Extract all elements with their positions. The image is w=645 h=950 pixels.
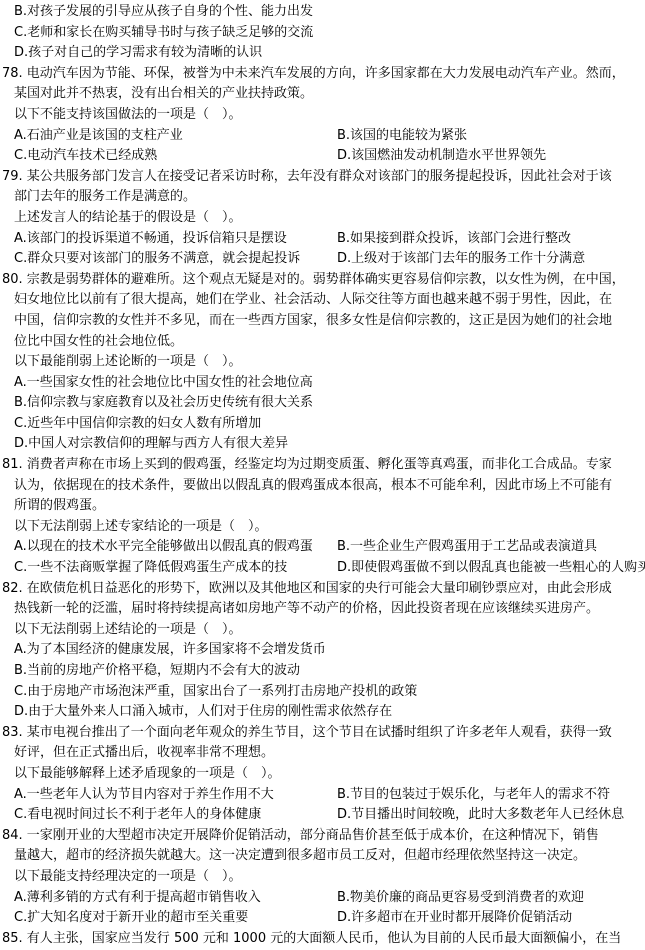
option-pair-line: A.以现在的技术水平完全能够做出以假乱真的假鸡蛋B.一些企业生产假鸡蛋用于工艺品… xyxy=(0,537,645,558)
option-text: D.即使假鸡蛋做不到以假乱真也能被一些粗心的人购买 xyxy=(337,558,645,579)
option-text: D.该国燃油发动机制造水平世界领先 xyxy=(337,146,546,167)
option-text: A.薄利多销的方式有利于提高超市销售收入 xyxy=(14,888,331,909)
option-pair-line: A.该部门的投诉渠道不畅通，投诉信箱只是摆设B.如果接到群众投诉，该部门会进行整… xyxy=(0,229,645,250)
option-text: C.电动汽车技术已经成熟 xyxy=(14,146,331,167)
option-text: D.节目播出时间较晚，此时大多数老年人已经休息 xyxy=(337,805,624,826)
prompt-line: 上述发言人的结论基于的假设是（ ）。 xyxy=(0,208,645,229)
prompt-line: 以下不能支持该国做法的一项是（ ）。 xyxy=(0,105,645,126)
option-text: A.该部门的投诉渠道不畅通，投诉信箱只是摆设 xyxy=(14,229,331,250)
option-line: B.当前的房地产价格平稳，短期内不会有大的波动 xyxy=(0,661,645,682)
option-text: B.一些企业生产假鸡蛋用于工艺品或表演道具 xyxy=(337,537,597,558)
option-line: C.近些年中国信仰宗教的妇女人数有所增加 xyxy=(0,414,645,435)
option-line: B.对孩子发展的引导应从孩子自身的个性、能力出发 xyxy=(0,2,645,23)
option-text: B.节目的包装过于娱乐化，与老年人的需求不符 xyxy=(337,785,610,806)
body-line: 中国，信仰宗教的女性并不多见，而在一些西方国家，很多女性是信仰宗教的，这正是因为… xyxy=(0,311,645,332)
option-pair-line: C.一些不法商贩掌握了降低假鸡蛋生产成本的技D.即使假鸡蛋做不到以假乱真也能被一… xyxy=(0,558,645,579)
option-text: D.许多超市在开业时都开展降价促销活动 xyxy=(337,908,572,929)
option-text: C.扩大知名度对于新开业的超市至关重要 xyxy=(14,908,331,929)
prompt-line: 以下无法削弱上述结论的一项是（ ）。 xyxy=(0,620,645,641)
body-line: 部门去年的服务工作是满意的。 xyxy=(0,187,645,208)
option-pair-line: C.看电视时间过长不利于老年人的身体健康D.节目播出时间较晚，此时大多数老年人已… xyxy=(0,805,645,826)
body-line: 量越大，超市的经济损失就越大。这一决定遭到很多超市员工反对，但超市经理依然坚持这… xyxy=(0,846,645,867)
option-line: A.为了本国经济的健康发展，许多国家将不会增发货币 xyxy=(0,640,645,661)
option-text: B.该国的电能较为紧张 xyxy=(337,126,467,147)
question-line: 82. 在欧债危机日益恶化的形势下，欧洲以及其他地区和国家的央行可能会大量印刷钞… xyxy=(0,579,645,600)
option-text: C.一些不法商贩掌握了降低假鸡蛋生产成本的技 xyxy=(14,558,331,579)
body-line: 热钱新一轮的泛滥，届时将持续提高诸如房地产等不动产的价格，因此投资者现在应该继续… xyxy=(0,599,645,620)
body-line: 好评，但在正式播出后，收视率非常不理想。 xyxy=(0,743,645,764)
option-text: A.一些老年人认为节目内容对于养生作用不大 xyxy=(14,785,331,806)
question-line: 81. 消费者声称在市场上买到的假鸡蛋，经鉴定均为过期变质蛋、孵化蛋等真鸡蛋，而… xyxy=(0,455,645,476)
option-pair-line: C.扩大知名度对于新开业的超市至关重要D.许多超市在开业时都开展降价促销活动 xyxy=(0,908,645,929)
question-line: 80. 宗教是弱势群体的避难所。这个观点无疑是对的。弱势群体确实更容易信仰宗教，… xyxy=(0,270,645,291)
question-line: 78. 电动汽车因为节能、环保，被誉为中未来汽车发展的方向，许多国家都在大力发展… xyxy=(0,64,645,85)
exam-page: B.对孩子发展的引导应从孩子自身的个性、能力出发C.老师和家长在购买辅导书时与孩… xyxy=(0,0,645,950)
prompt-line: 以下最能支持经理决定的一项是（ ）。 xyxy=(0,867,645,888)
option-text: A.石油产业是该国的支柱产业 xyxy=(14,126,331,147)
body-line: 某国对此并不热衷，没有出台相关的产业扶持政策。 xyxy=(0,84,645,105)
option-pair-line: A.石油产业是该国的支柱产业B.该国的电能较为紧张 xyxy=(0,126,645,147)
body-line: 妇女地位比以前有了很大提高，她们在学业、社会活动、人际交往等方面也越来越不弱于男… xyxy=(0,290,645,311)
option-pair-line: A.一些老年人认为节目内容对于养生作用不大B.节目的包装过于娱乐化，与老年人的需… xyxy=(0,785,645,806)
option-text: C.看电视时间过长不利于老年人的身体健康 xyxy=(14,805,331,826)
option-text: B.如果接到群众投诉，该部门会进行整改 xyxy=(337,229,571,250)
prompt-line: 以下最能够解释上述矛盾现象的一项是（ ）。 xyxy=(0,764,645,785)
prompt-line: 以下最能削弱上述论断的一项是（ ）。 xyxy=(0,352,645,373)
body-line: 认为，依据现在的技术条件，要做出以假乱真的假鸡蛋成本很高，根本不可能牟利，因此市… xyxy=(0,476,645,497)
option-pair-line: C.电动汽车技术已经成熟D.该国燃油发动机制造水平世界领先 xyxy=(0,146,645,167)
option-pair-line: A.薄利多销的方式有利于提高超市销售收入B.物美价廉的商品更容易受到消费者的欢迎 xyxy=(0,888,645,909)
option-line: A.一些国家女性的社会地位比中国女性的社会地位高 xyxy=(0,373,645,394)
option-text: B.物美价廉的商品更容易受到消费者的欢迎 xyxy=(337,888,584,909)
question-line: 84. 一家刚开业的大型超市决定开展降价促销活动，部分商品售价甚至低于成本价，在… xyxy=(0,826,645,847)
option-line: D.中国人对宗教信仰的理解与西方人有很大差异 xyxy=(0,434,645,455)
option-text: C.群众只要对该部门的服务不满意，就会提起投诉 xyxy=(14,249,331,270)
option-line: B.信仰宗教与家庭教育以及社会历史传统有很大关系 xyxy=(0,393,645,414)
option-pair-line: C.群众只要对该部门的服务不满意，就会提起投诉D.上级对于该部门去年的服务工作十… xyxy=(0,249,645,270)
body-line: 位比中国女性的社会地位低。 xyxy=(0,332,645,353)
question-line: 79. 某公共服务部门发言人在接受记者采访时称，去年没有群众对该部门的服务提起投… xyxy=(0,167,645,188)
option-text: A.以现在的技术水平完全能够做出以假乱真的假鸡蛋 xyxy=(14,537,331,558)
option-line: D.孩子对自己的学习需求有较为清晰的认识 xyxy=(0,43,645,64)
document-body: B.对孩子发展的引导应从孩子自身的个性、能力出发C.老师和家长在购买辅导书时与孩… xyxy=(0,2,645,949)
question-line: 85. 有人主张，国家应当发行 500 元和 1000 元的大面额人民币，他认为… xyxy=(0,929,645,950)
option-line: D.由于大量外来人口涌入城市，人们对于住房的刚性需求依然存在 xyxy=(0,702,645,723)
option-line: C.老师和家长在购买辅导书时与孩子缺乏足够的交流 xyxy=(0,23,645,44)
option-line: C.由于房地产市场泡沫严重，国家出台了一系列打击房地产投机的政策 xyxy=(0,682,645,703)
prompt-line: 以下无法削弱上述专家结论的一项是（ ）。 xyxy=(0,517,645,538)
question-line: 83. 某市电视台推出了一个面向老年观众的养生节目，这个节目在试播时组织了许多老… xyxy=(0,723,645,744)
body-line: 所谓的假鸡蛋。 xyxy=(0,496,645,517)
option-text: D.上级对于该部门去年的服务工作十分满意 xyxy=(337,249,585,270)
